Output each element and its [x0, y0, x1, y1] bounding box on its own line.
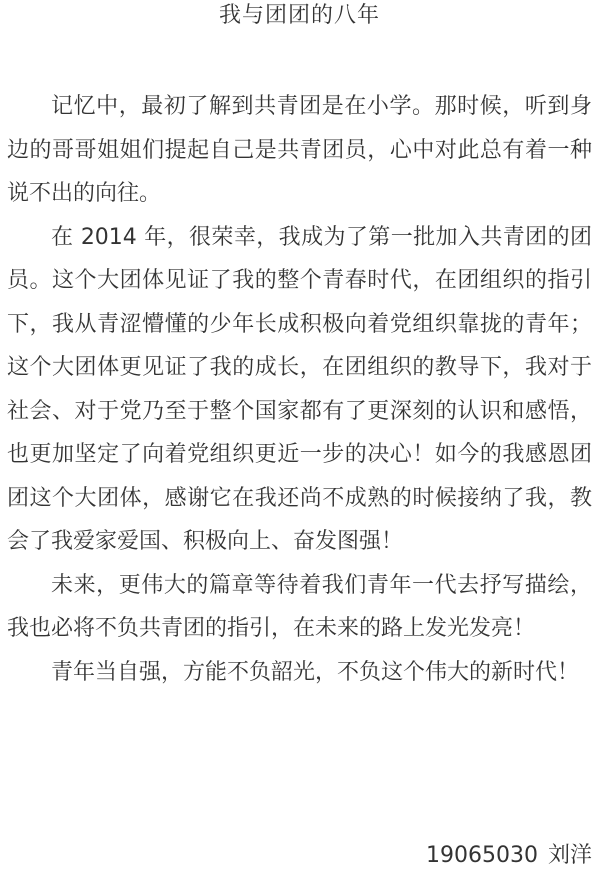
paragraph: 未来，更伟大的篇章等待着我们青年一代去抒写描绘，我也必将不负共青团的指引，在未来…	[7, 564, 592, 651]
paragraph: 记忆中，最初了解到共青团是在小学。那时候，听到身边的哥哥姐姐们提起自己是共青团员…	[7, 85, 592, 216]
document-page: 我与团团的八年 记忆中，最初了解到共青团是在小学。那时候，听到身边的哥哥姐姐们提…	[0, 0, 599, 884]
document-title: 我与团团的八年	[7, 0, 592, 30]
paragraph: 青年当自强，方能不负韶光，不负这个伟大的新时代！	[7, 651, 592, 695]
document-body: 记忆中，最初了解到共青团是在小学。那时候，听到身边的哥哥姐姐们提起自己是共青团员…	[7, 85, 592, 694]
signature: 19065030刘洋	[426, 843, 592, 869]
author-id: 19065030	[426, 843, 538, 868]
paragraph: 在 2014 年，很荣幸，我成为了第一批加入共青团的团员。这个大团体见证了我的整…	[7, 216, 592, 564]
author-name: 刘洋	[548, 843, 592, 868]
